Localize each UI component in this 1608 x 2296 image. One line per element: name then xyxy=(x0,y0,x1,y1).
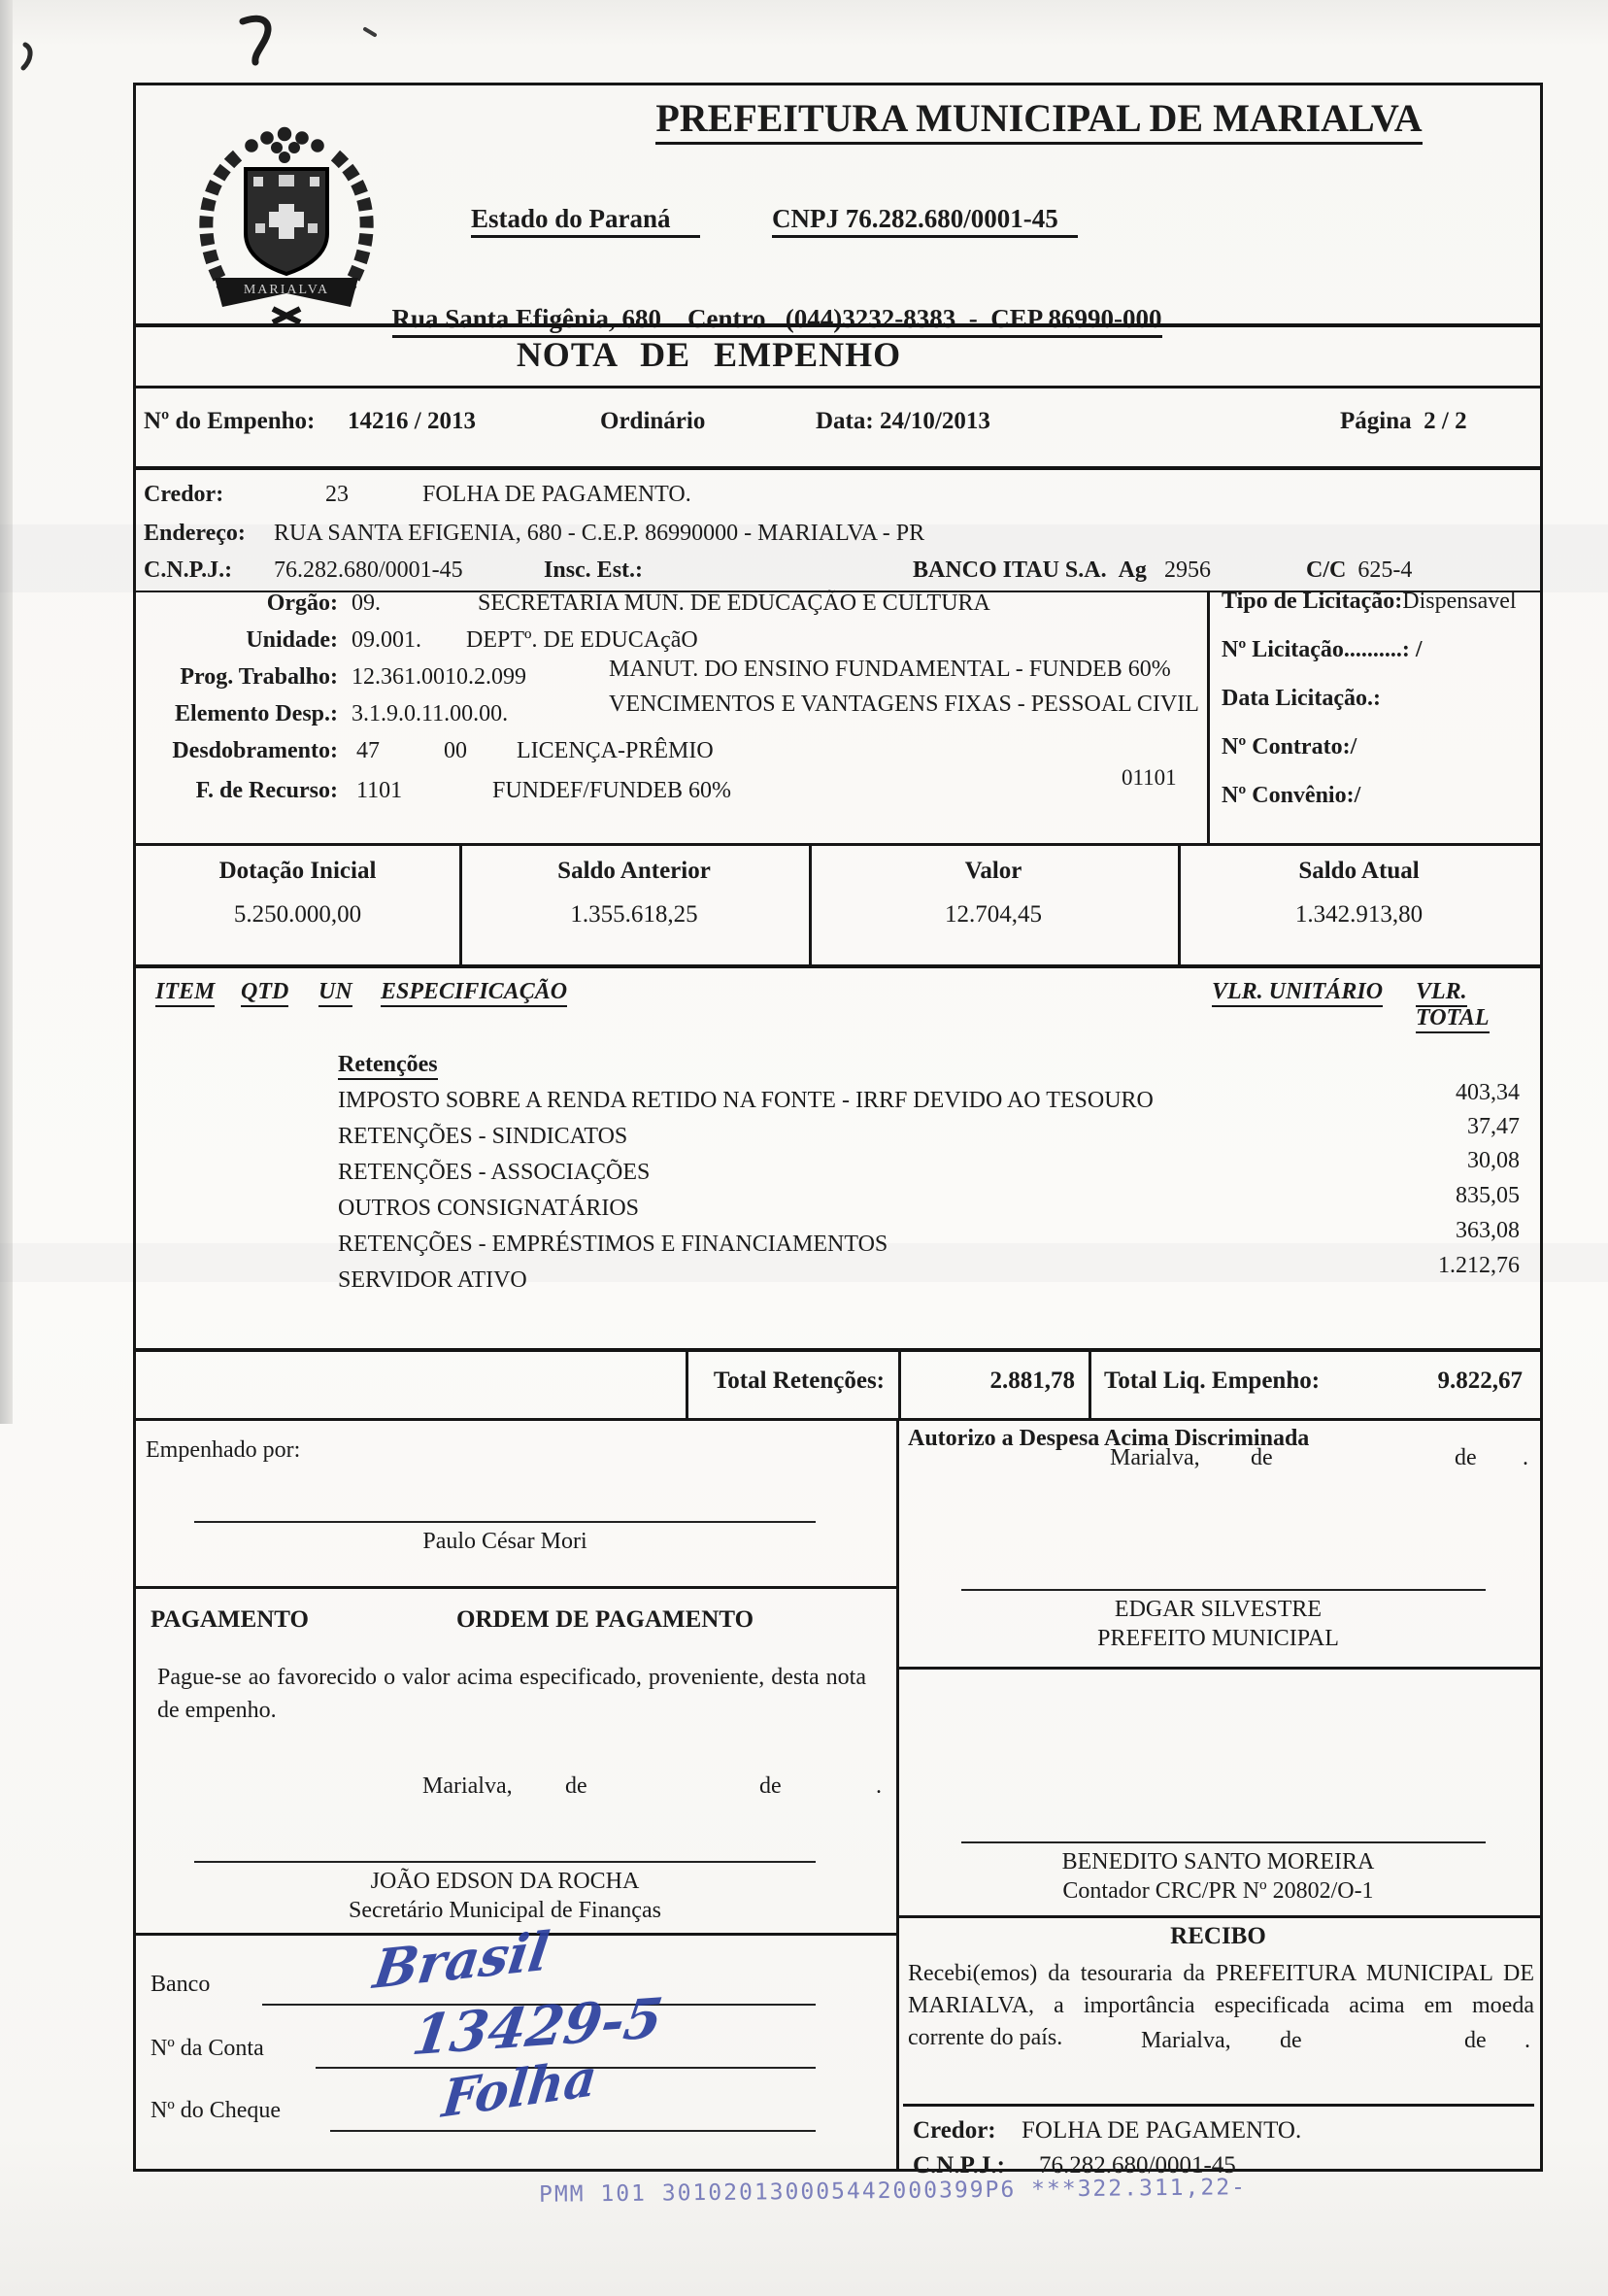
banco-label: Banco xyxy=(151,1972,210,1998)
credor-label: Credor: xyxy=(144,482,223,508)
data-licitacao-label: Data Licitação.: xyxy=(1222,686,1381,712)
empenhado-por-nome: Paulo César Mori xyxy=(194,1529,816,1555)
saldo-anterior-value: 1.355.618,25 xyxy=(459,901,809,929)
contador-cargo: Contador CRC/PR Nº 20802/O-1 xyxy=(896,1878,1540,1905)
empenho-number-value: 14216 / 2013 xyxy=(348,408,476,435)
retencao-valor: 37,47 xyxy=(1204,1114,1520,1140)
endereco-label: Endereço: xyxy=(144,521,246,547)
data-line-cidade: Marialva, xyxy=(1141,2028,1231,2054)
unidade-label: Unidade: xyxy=(136,627,338,654)
pen-mark xyxy=(361,23,381,43)
divider xyxy=(136,1418,1540,1421)
conta-label: Nº da Conta xyxy=(151,2036,264,2062)
scan-edge-shadow xyxy=(0,0,13,1424)
desdobramento-label: Desdobramento: xyxy=(136,738,338,764)
col-qtd: QTD xyxy=(241,979,288,1005)
saldo-atual-header: Saldo Atual xyxy=(1178,858,1540,885)
divider xyxy=(1207,591,1210,843)
signature-line xyxy=(194,1861,816,1863)
elemento-desp-label: Elemento Desp.: xyxy=(136,701,338,727)
numero-licitacao-label: Nº Licitação..........: / xyxy=(1222,637,1423,663)
prog-trabalho-name: MANUT. DO ENSINO FUNDAMENTAL - FUNDEB 60… xyxy=(609,657,1171,683)
dotacao-inicial-header: Dotação Inicial xyxy=(136,858,459,885)
dot-matrix-stamp: PMM 101 301020130005442000399P6 ***322.3… xyxy=(539,2175,1247,2208)
pagamento-title: PAGAMENTO xyxy=(151,1606,309,1634)
data-line-de: de xyxy=(1280,2028,1302,2054)
fonte-recurso-name: FUNDEF/FUNDEB 60% xyxy=(492,778,731,804)
empenhado-por-label: Empenhado por: xyxy=(146,1437,300,1464)
total-liq-empenho-label: Total Liq. Empenho: xyxy=(1104,1367,1320,1395)
valor-header: Valor xyxy=(809,858,1178,885)
signature-line xyxy=(961,1841,1486,1843)
data-line-ponto: . xyxy=(876,1773,882,1800)
retencao-valor: 30,08 xyxy=(1204,1148,1520,1174)
signature-line xyxy=(961,1589,1486,1591)
total-retencoes-value: 2.881,78 xyxy=(898,1367,1075,1395)
recibo-title: RECIBO xyxy=(896,1923,1540,1950)
orgao-name: SECRETARIA MUN. DE EDUCAÇÃO E CULTURA xyxy=(478,591,990,617)
secretario-nome: JOÃO EDSON DA ROCHA xyxy=(194,1869,816,1895)
col-item: ITEM xyxy=(155,979,215,1005)
saldo-anterior-header: Saldo Anterior xyxy=(459,858,809,885)
retencoes-title: Retenções xyxy=(338,1052,438,1078)
data-line-de: de xyxy=(1251,1445,1273,1471)
ordem-pagamento-title: ORDEM DE PAGAMENTO xyxy=(456,1606,754,1634)
data-line-ponto: . xyxy=(1524,2028,1530,2054)
divider xyxy=(903,2104,1534,2107)
retencao-valor: 835,05 xyxy=(1204,1183,1520,1209)
retencao-desc: RETENÇÕES - ASSOCIAÇÕES xyxy=(338,1160,650,1186)
divider xyxy=(896,1915,1540,1918)
fonte-recurso-code2: 01101 xyxy=(1122,765,1177,791)
svg-text:MARIALVA: MARIALVA xyxy=(244,283,329,297)
col-vlr-unitario: VLR. UNITÁRIO xyxy=(1212,979,1383,1005)
cheque-fill-line xyxy=(330,2130,816,2132)
conta-credor: C/C 625-4 xyxy=(1306,557,1412,584)
dotacao-inicial-value: 5.250.000,00 xyxy=(136,901,459,929)
col-especificacao: ESPECIFICAÇÃO xyxy=(381,979,567,1005)
retencao-valor: 1.212,76 xyxy=(1204,1253,1520,1279)
tipo-licitacao: Tipo de Licitação:Dispensavel xyxy=(1222,589,1517,615)
banco-credor: BANCO ITAU S.A. Ag 2956 xyxy=(913,557,1211,584)
prog-trabalho-label: Prog. Trabalho: xyxy=(136,664,338,691)
header-cnpj: CNPJ 76.282.680/0001-45 xyxy=(772,204,1078,234)
recibo-credor-label: Credor: xyxy=(913,2117,996,2144)
col-vlr-total: VLR. TOTAL xyxy=(1416,979,1540,1031)
col-un: UN xyxy=(318,979,352,1005)
cnpj-value: 76.282.680/0001-45 xyxy=(274,557,463,584)
data-line-de: de xyxy=(1464,2028,1487,2054)
desdobramento-code: 47 xyxy=(356,738,380,764)
elemento-desp-name: VENCIMENTOS E VANTAGENS FIXAS - PESSOAL … xyxy=(609,692,1199,718)
form-border: MARIALVA PREFEITURA MUNICIPAL DE MARIALV… xyxy=(133,83,1543,2172)
data-line-cidade: Marialva, xyxy=(422,1773,513,1800)
state-label: Estado do Paraná xyxy=(471,204,700,234)
recibo-credor-value: FOLHA DE PAGAMENTO. xyxy=(1022,2117,1301,2144)
cnpj-label: C.N.P.J.: xyxy=(144,557,232,584)
numero-convenio-label: Nº Convênio:/ xyxy=(1222,783,1360,809)
divider xyxy=(896,1418,899,2169)
retencao-desc: IMPOSTO SOBRE A RENDA RETIDO NA FONTE - … xyxy=(338,1088,1154,1114)
insc-est-label: Insc. Est.: xyxy=(544,557,643,584)
cheque-label: Nº do Cheque xyxy=(151,2098,281,2124)
data-line-cidade: Marialva, xyxy=(1110,1445,1200,1471)
recibo-cnpj-label: C.N.P.J.: xyxy=(913,2152,1005,2179)
total-retencoes-label: Total Retenções: xyxy=(686,1367,885,1395)
divider xyxy=(136,843,1540,846)
unidade-code: 09.001. xyxy=(352,627,421,654)
contador-nome: BENEDITO SANTO MOREIRA xyxy=(896,1849,1540,1875)
retencao-valor: 363,08 xyxy=(1204,1218,1520,1244)
orgao-code: 09. xyxy=(352,591,381,617)
divider xyxy=(136,964,1540,968)
empenho-number-label: Nº do Empenho: xyxy=(144,408,315,435)
divider xyxy=(136,466,1540,470)
saldo-atual-value: 1.342.913,80 xyxy=(1178,901,1540,929)
fonte-recurso-label: F. de Recurso: xyxy=(136,778,338,804)
desdobramento-name: LICENÇA-PRÊMIO xyxy=(517,738,714,764)
signature-line xyxy=(194,1521,816,1523)
retencao-desc: RETENÇÕES - EMPRÉSTIMOS E FINANCIAMENTOS xyxy=(338,1232,888,1258)
fonte-recurso-code: 1101 xyxy=(356,778,402,804)
prefeito-nome: EDGAR SILVESTRE xyxy=(896,1597,1540,1623)
desdobramento-sub: 00 xyxy=(444,738,467,764)
retencao-desc: SERVIDOR ATIVO xyxy=(338,1267,527,1294)
elemento-desp-code: 3.1.9.0.11.00.00. xyxy=(352,701,508,727)
retencao-desc: OUTROS CONSIGNATÁRIOS xyxy=(338,1196,639,1222)
autorizo-title: Autorizo a Despesa Acima Discriminada xyxy=(908,1426,1309,1452)
prog-trabalho-code: 12.361.0010.2.099 xyxy=(352,664,526,691)
data-line-de: de xyxy=(1455,1445,1477,1471)
divider xyxy=(896,1667,1540,1670)
credor-name: FOLHA DE PAGAMENTO. xyxy=(422,482,691,508)
document-title: NOTA DE EMPENHO xyxy=(369,334,1049,375)
orgao-label: Orgão: xyxy=(136,591,338,617)
divider xyxy=(136,323,1540,327)
banco-handwriting: Brasil xyxy=(370,1919,553,2001)
data-line-ponto: . xyxy=(1523,1445,1528,1471)
page-number: Página 2 / 2 xyxy=(1340,408,1467,435)
credor-code: 23 xyxy=(325,482,349,508)
unidade-name: DEPTº. DE EDUCAçãO xyxy=(466,627,698,654)
data-line-de: de xyxy=(759,1773,782,1800)
divider xyxy=(136,1348,1540,1352)
pen-mark xyxy=(16,39,45,78)
prefeito-cargo: PREFEITO MUNICIPAL xyxy=(896,1626,1540,1652)
municipality-title: PREFEITURA MUNICIPAL DE MARIALVA xyxy=(553,95,1524,141)
divider xyxy=(136,1586,896,1589)
scanned-nota-de-empenho-page: MARIALVA PREFEITURA MUNICIPAL DE MARIALV… xyxy=(0,0,1608,2296)
total-liq-empenho-value: 9.822,67 xyxy=(1340,1367,1523,1395)
numero-contrato-label: Nº Contrato:/ xyxy=(1222,734,1357,760)
retencao-valor: 403,34 xyxy=(1204,1080,1520,1106)
empenho-date: Data: 24/10/2013 xyxy=(816,408,990,435)
secretario-cargo: Secretário Municipal de Finanças xyxy=(194,1898,816,1924)
divider xyxy=(1089,1348,1091,1418)
retencao-desc: RETENÇÕES - SINDICATOS xyxy=(338,1124,627,1150)
valor-value: 12.704,45 xyxy=(809,901,1178,929)
data-line-de: de xyxy=(565,1773,587,1800)
empenho-type: Ordinário xyxy=(600,408,705,435)
pagamento-texto: Pague-se ao favorecido o valor acima esp… xyxy=(157,1661,866,1727)
pen-mark xyxy=(225,12,293,80)
endereco-value: RUA SANTA EFIGENIA, 680 - C.E.P. 8699000… xyxy=(274,521,924,547)
divider xyxy=(136,386,1540,388)
